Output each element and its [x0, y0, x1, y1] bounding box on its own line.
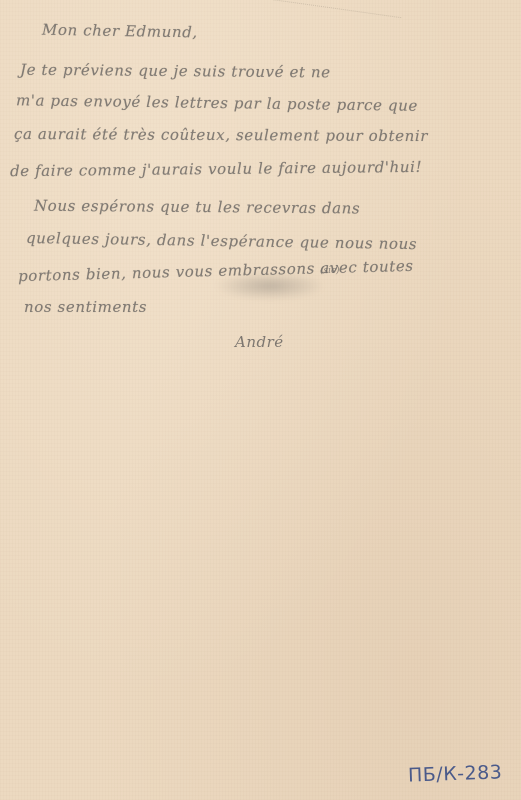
letter-line-8: nos sentiments [24, 298, 147, 316]
letter-line-3: ça aurait été très coûteux, seulement po… [14, 125, 428, 145]
paper-background [0, 0, 521, 800]
archive-reference-number: ПБ/К-283 [408, 761, 503, 786]
letter-salutation: Mon cher Edmund, [42, 21, 198, 42]
signature: André [235, 333, 284, 351]
letter-line-1: Je te préviens que je suis trouvé et ne [20, 61, 331, 82]
letter-line-5: Nous espérons que tu les recevras dans [34, 197, 360, 218]
